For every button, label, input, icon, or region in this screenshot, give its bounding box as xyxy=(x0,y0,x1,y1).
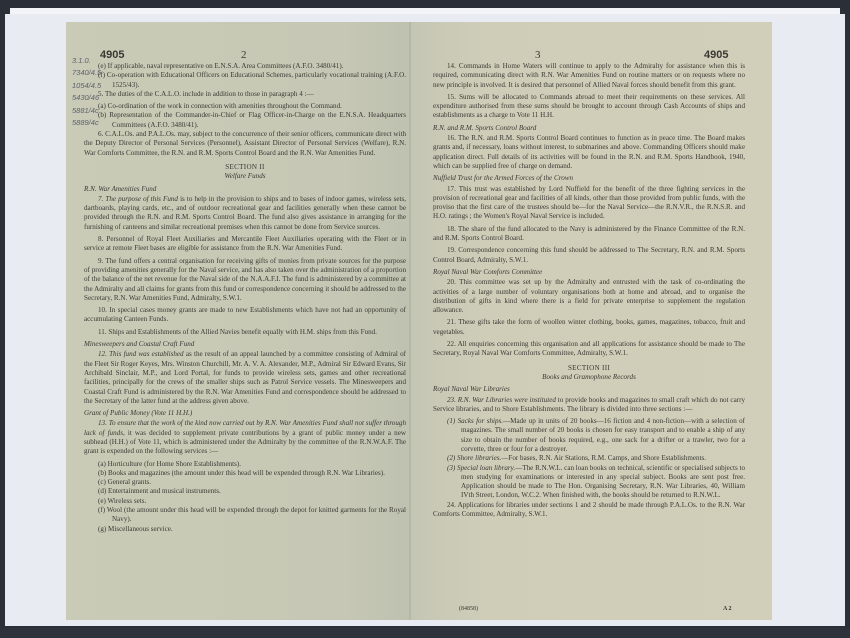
italic-lead: 7. The purpose of this Fund xyxy=(98,195,178,203)
sub-item: (b) Representation of the Commander-in-C… xyxy=(98,111,406,130)
sub-item: (f) Co-operation with Educational Office… xyxy=(98,71,406,90)
sub-item: (e) Wireless sets. xyxy=(98,497,406,506)
paragraph: 6. C.A.L.Os. and P.A.L.Os. may, subject … xyxy=(84,130,406,158)
paragraph: 16. The R.N. and R.M. Sports Control Boa… xyxy=(433,134,745,171)
sub-item: (a) Co-ordination of the work in connect… xyxy=(98,102,406,111)
sub-item: (b) Books and magazines (the amount unde… xyxy=(98,469,406,478)
subheading: Royal Naval War Comforts Committee xyxy=(433,268,745,277)
sub-item: (c) General grants. xyxy=(98,478,406,487)
italic-lead: 23. R.N. War Libraries were instituted xyxy=(447,396,556,404)
paragraph: 12. This fund was established as the res… xyxy=(84,350,406,406)
scanner-bed-edge xyxy=(0,628,850,638)
paragraph: 20. This committee was set up by the Adm… xyxy=(433,278,745,315)
left-page-text: (e) If applicable, naval representative … xyxy=(84,62,406,534)
footer-signature-mark: A 2 xyxy=(723,606,732,612)
paragraph: 10. In special cases money grants are ma… xyxy=(84,306,406,325)
paragraph: 7. The purpose of this Fund is to help i… xyxy=(84,195,406,232)
paragraph-body: —For bases, R.N. Air Stations, R.M. Camp… xyxy=(501,454,706,462)
page-left: 4905 2 3.1.0.7340/4.51054/4.55430/465881… xyxy=(66,22,411,620)
subheading: Nuffield Trust for the Armed Forces of t… xyxy=(433,174,745,183)
subheading: R.N. and R.M. Sports Control Board xyxy=(433,124,745,133)
section-subtitle: Books and Gramophone Records xyxy=(433,373,745,382)
sub-item: (1) Sacks for ships.—Made up in units of… xyxy=(447,417,745,454)
paragraph: 11. Ships and Establishments of the Alli… xyxy=(84,328,406,337)
italic-lead: (3) Special loan library. xyxy=(447,464,515,472)
document-spread: 4905 2 3.1.0.7340/4.51054/4.55430/465881… xyxy=(66,22,772,620)
paragraph: 17. This trust was established by Lord N… xyxy=(433,185,745,222)
paragraph: 5. The duties of the C.A.L.O. include in… xyxy=(84,90,406,99)
italic-lead: (2) Shore libraries. xyxy=(447,454,501,462)
paragraph: 15. Sums will be allocated to Commands a… xyxy=(433,93,745,121)
paragraph: 18. The share of the fund allocated to t… xyxy=(433,225,745,244)
paragraph: 19. Correspondence concerning this fund … xyxy=(433,246,745,265)
paragraph-body: as the result of an appeal launched by a… xyxy=(84,350,406,404)
paragraph-body: —Made up in units of 20 books—16 fiction… xyxy=(461,417,745,453)
footer-print-code: (84858) xyxy=(459,606,478,612)
form-number-right: 4905 xyxy=(704,49,728,61)
right-page-text: 14. Commands in Home Waters will continu… xyxy=(433,62,745,522)
subheading: Royal Naval War Libraries xyxy=(433,385,745,394)
page-right: 3 4905 14. Commands in Home Waters will … xyxy=(411,22,772,620)
paragraph: 21. These gifts take the form of woollen… xyxy=(433,318,745,337)
subheading: R.N. War Amenities Fund xyxy=(84,185,406,194)
sub-item: (a) Horticulture (for Home Shore Establi… xyxy=(98,460,406,469)
sub-item: (e) If applicable, naval representative … xyxy=(98,62,406,71)
paragraph: 14. Commands in Home Waters will continu… xyxy=(433,62,745,90)
sub-item: (2) Shore libraries.—For bases, R.N. Air… xyxy=(447,454,745,463)
page-number-left: 2 xyxy=(241,49,247,61)
paragraph: 13. To ensure that the work of the kind … xyxy=(84,419,406,456)
page-number-right: 3 xyxy=(535,49,541,61)
section-title: SECTION III xyxy=(433,364,745,373)
paragraph: 9. The fund offers a central organisatio… xyxy=(84,257,406,303)
section-subtitle: Welfare Funds xyxy=(84,172,406,181)
italic-lead: (1) Sacks for ships. xyxy=(447,417,503,425)
sub-item: (g) Miscellaneous service. xyxy=(98,525,406,534)
sub-item: (d) Entertainment and musical instrument… xyxy=(98,487,406,496)
sub-item: (f) Wool (the amount under this head wil… xyxy=(98,506,406,525)
subheading: Grant of Public Money (Vote 11 H.H.) xyxy=(84,409,406,418)
paragraph-body: it was decided to supplement private con… xyxy=(84,429,406,456)
section-title: SECTION II xyxy=(84,163,406,172)
form-number-left: 4905 xyxy=(100,49,124,61)
sub-item: (3) Special loan library.—The R.N.W.L. c… xyxy=(447,464,745,501)
italic-lead: 12. This fund was established xyxy=(98,350,184,358)
paragraph: 24. Applications for libraries under sec… xyxy=(433,501,745,520)
paragraph: 23. R.N. War Libraries were instituted t… xyxy=(433,396,745,415)
paragraph: 8. Personnel of Royal Fleet Auxiliaries … xyxy=(84,235,406,254)
subheading: Minesweepers and Coastal Craft Fund xyxy=(84,340,406,349)
paragraph: 22. All enquiries concerning this organi… xyxy=(433,340,745,359)
